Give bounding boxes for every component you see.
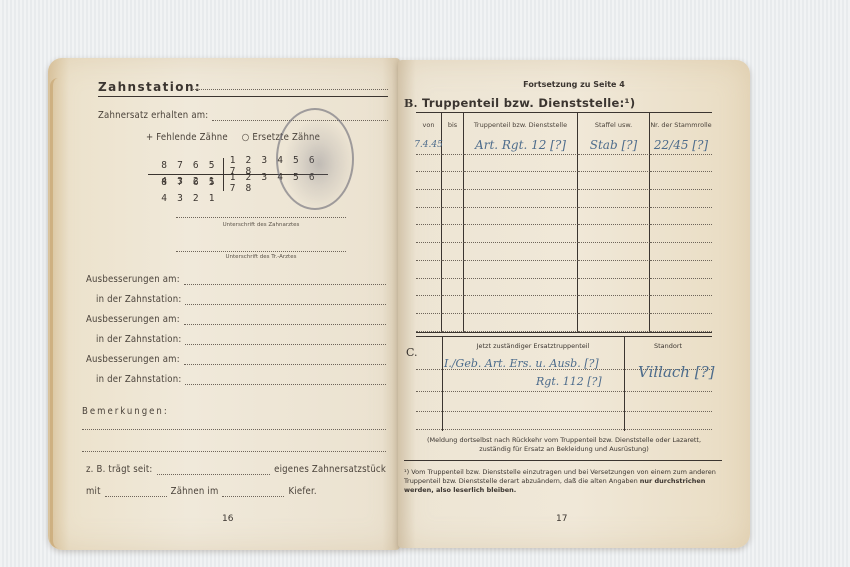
repair-row: Ausbesserungen am:	[86, 274, 386, 285]
repair-field	[184, 355, 386, 365]
zahnstation-title: Zahnstation:	[98, 80, 201, 94]
remarks-line	[82, 442, 386, 452]
left-page: Zahnstation: Zahnersatz erhalten am: + F…	[48, 58, 400, 550]
dentist-signature-line	[176, 208, 346, 218]
section-b-letter: B.	[404, 97, 418, 110]
repair-station-field	[185, 335, 386, 345]
replacement-unit-entry-2: Rgt. 112 [?]	[536, 375, 602, 388]
repair-station-label: in der Zahnstation:	[96, 374, 181, 385]
upper-left-teeth: 8 7 6 5 4 3 2 1	[148, 158, 224, 174]
col-roll-number: Nr. der Stammrolle	[650, 113, 712, 137]
repair-station-field	[185, 295, 386, 305]
col-unit: Truppenteil bzw. Dienststelle	[464, 113, 578, 137]
teeth-in-label: Zähnen im	[171, 486, 219, 497]
table-row	[416, 314, 712, 332]
title-underline	[98, 96, 388, 97]
column-divider	[442, 337, 443, 431]
unit-table: von bis Truppenteil bzw. Dienststelle St…	[416, 112, 712, 333]
reporting-note: (Meldung dortselbst nach Rückkehr vom Tr…	[416, 436, 712, 454]
replacement-unit-entry-1: I./Geb. Art. Ers. u. Ausb. [?]	[444, 357, 599, 370]
lower-left-teeth: 8 7 6 5 4 3 2 1	[148, 175, 224, 191]
col-replacement-unit: Jetzt zuständiger Ersatztruppenteil	[442, 337, 624, 355]
col-from: von	[416, 113, 442, 137]
col-location: Standort	[624, 337, 712, 355]
repair-field	[184, 315, 386, 325]
table-row	[416, 190, 712, 208]
teeth-count-row: mit Zähnen im Kiefer.	[86, 486, 317, 497]
location-entry: Villach [?]	[638, 363, 714, 381]
repair-station-row: in der Zahnstation:	[96, 334, 386, 345]
wears-since-label: z. B. trägt seit:	[86, 464, 153, 475]
section-b-heading: B. Truppenteil bzw. Dienststelle:¹)	[404, 96, 635, 110]
table-row	[416, 243, 712, 261]
missing-teeth-legend: + Fehlende Zähne	[146, 132, 228, 143]
cell-to	[442, 137, 464, 155]
jaw-label: Kiefer.	[288, 486, 316, 497]
repair-station-row: in der Zahnstation:	[96, 294, 386, 305]
replacement-table-header: Jetzt zuständiger Ersatztruppenteil Stan…	[416, 337, 712, 355]
entry-line	[416, 391, 712, 392]
repair-label: Ausbesserungen am:	[86, 274, 180, 285]
page-edge-stack	[50, 78, 64, 548]
teeth-count-field	[105, 487, 167, 497]
remarks-label: Bemerkungen:	[82, 406, 169, 417]
repair-row: Ausbesserungen am:	[86, 314, 386, 325]
cell-roll-number: 22/45 [?]	[650, 137, 712, 155]
table-row	[416, 155, 712, 173]
cell-squadron: Stab [?]	[578, 137, 650, 155]
table-row	[416, 208, 712, 226]
repair-label: Ausbesserungen am:	[86, 354, 180, 365]
repair-field	[184, 275, 386, 285]
unit-table-header: von bis Truppenteil bzw. Dienststelle St…	[416, 113, 712, 137]
col-to: bis	[442, 113, 464, 137]
repair-station-label: in der Zahnstation:	[96, 334, 181, 345]
officer-signature-line	[176, 242, 346, 252]
dentist-signature-caption: Unterschrift des Zahnarztes	[176, 222, 346, 228]
cell-from: 7.4.45	[416, 137, 442, 155]
with-label: mit	[86, 486, 101, 497]
open-booklet: Zahnstation: Zahnersatz erhalten am: + F…	[48, 58, 754, 552]
table-row	[416, 261, 712, 279]
table-row: 7.4.45 Art. Rgt. 12 [?] Stab [?] 22/45 […	[416, 137, 712, 155]
continuation-header: Fortsetzung zu Seite 4	[398, 80, 750, 89]
repair-row: Ausbesserungen am:	[86, 354, 386, 365]
repair-station-field	[185, 375, 386, 385]
page-number-17: 17	[556, 514, 567, 524]
replacement-table-body: I./Geb. Art. Ers. u. Ausb. [?] Rgt. 112 …	[416, 355, 712, 431]
cell-unit: Art. Rgt. 12 [?]	[464, 137, 578, 155]
official-stamp	[276, 108, 354, 210]
repair-label: Ausbesserungen am:	[86, 314, 180, 325]
table-row	[416, 296, 712, 314]
repair-station-label: in der Zahnstation:	[96, 294, 181, 305]
right-page: Fortsetzung zu Seite 4 B. Truppenteil bz…	[398, 60, 750, 548]
zahnersatz-row: Zahnersatz erhalten am:	[98, 110, 388, 121]
own-denture-label: eigenes Zahnersatzstück	[274, 464, 386, 475]
column-divider	[624, 337, 625, 431]
page-number-16: 16	[222, 514, 233, 524]
officer-signature-caption: Unterschrift des Tr.-Arztes	[176, 254, 346, 260]
footnote-divider	[404, 460, 722, 461]
col-squadron: Staffel usw.	[578, 113, 650, 137]
table-row	[416, 225, 712, 243]
entry-line	[416, 411, 712, 412]
repair-station-row: in der Zahnstation:	[96, 374, 386, 385]
wears-since-row: z. B. trägt seit: eigenes Zahnersatzstüc…	[86, 464, 386, 475]
table-row	[416, 279, 712, 297]
section-b-title: Truppenteil bzw. Dienststelle:¹)	[422, 96, 635, 110]
footnote: ¹) Vom Truppenteil bzw. Dienststelle ein…	[404, 468, 722, 495]
replacement-unit-table: Jetzt zuständiger Ersatztruppenteil Stan…	[416, 336, 712, 431]
zahnersatz-label: Zahnersatz erhalten am:	[98, 110, 208, 121]
remarks-line	[82, 420, 386, 430]
table-row	[416, 172, 712, 190]
zahnstation-field	[193, 80, 388, 90]
jaw-field	[222, 487, 284, 497]
entry-line	[416, 429, 712, 430]
wears-since-field	[157, 465, 271, 475]
